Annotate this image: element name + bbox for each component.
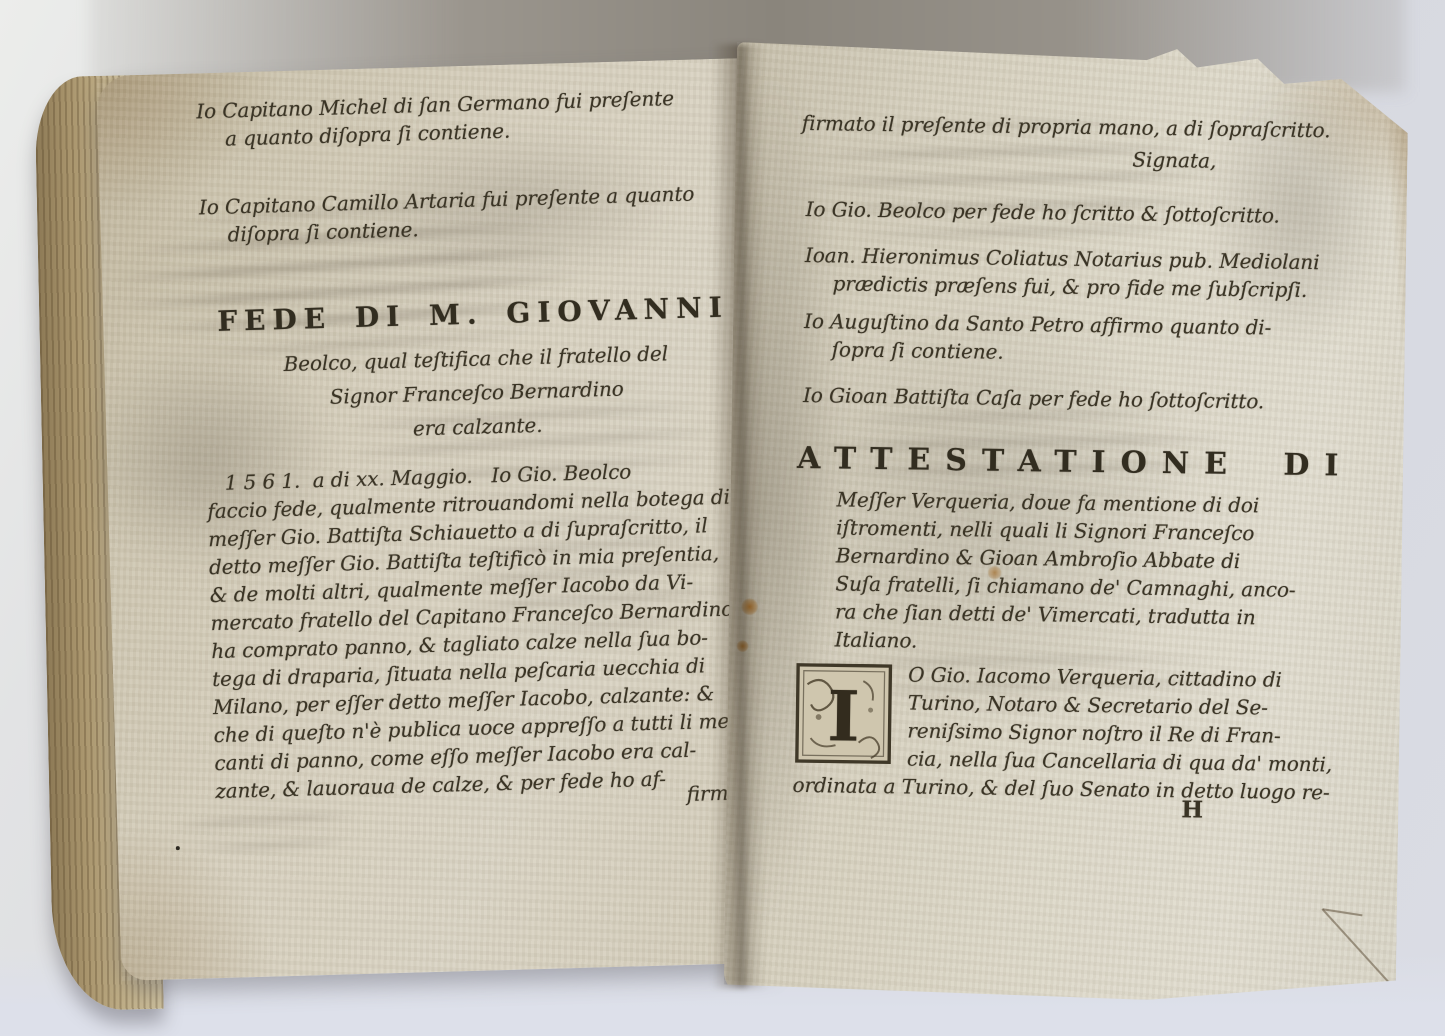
gutter-shadow <box>712 44 766 988</box>
left-page: Io Capitano Michel di ſan Germano fui pr… <box>96 58 771 981</box>
woodcut-initial-art: I <box>793 663 894 764</box>
ink-speck <box>176 846 180 850</box>
book-photo: Io Capitano Michel di ſan Germano fui pr… <box>0 0 1445 1036</box>
attestation-2: Ioan. Hieronimus Coliatus Notarius pub. … <box>804 241 1378 305</box>
left-subheading: Beolco, qual teſtifica che il fratello d… <box>203 334 751 451</box>
left-body-paragraph: 1 5 6 1. a di xx. Maggio. Io Gio. Beolco… <box>206 454 760 805</box>
right-section-heading: ATTESTATIONE DI <box>797 441 1357 484</box>
signata-label: Signata, <box>801 143 1346 175</box>
drop-cap-paragraph: I O Gio. Iacomo Verqueria, cittadino di … <box>792 659 1344 807</box>
left-section-heading: FEDE DI M. GIOVANNI <box>193 290 754 339</box>
right-opening-line: firmato il preſente di propria mano, a d… <box>802 109 1352 145</box>
attestation-3: Io Auguſtino da Santo Petro affirmo quan… <box>804 307 1378 371</box>
attestation-4: Io Gioan Battiſta Caſa per fede ho ſotto… <box>803 381 1376 417</box>
right-page: firmato il preſente di propria mano, a d… <box>724 42 1409 1003</box>
woodcut-initial: I <box>793 663 894 764</box>
right-subheading: Meſſer Verqueria, doue fa mentione di do… <box>834 485 1336 660</box>
drop-cap-letter: I <box>827 676 861 757</box>
gathering-signature: H <box>1181 796 1203 823</box>
left-paragraph-2: Io Capitano Camillo Artaria fui preſente… <box>199 177 773 249</box>
left-paragraph-1: Io Capitano Michel di ſan Germano fui pr… <box>196 81 770 153</box>
attestation-1: Io Gio. Beolco per fede ho ſcritto & ſot… <box>805 195 1378 231</box>
